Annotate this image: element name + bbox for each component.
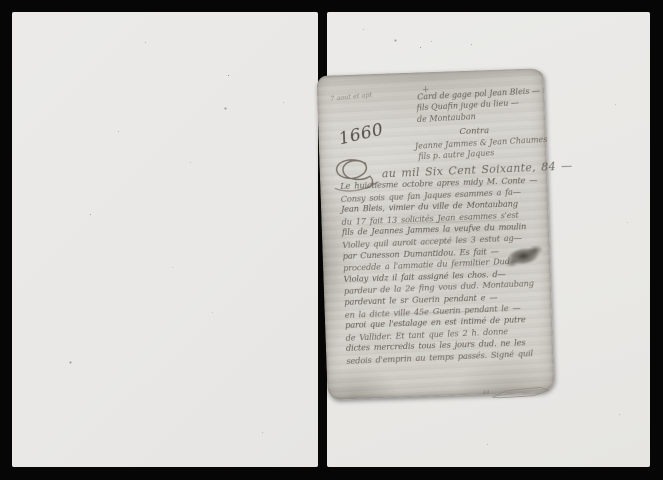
manuscript-parchment: 7 aout et apt 1660 + Card de gage pol Je…	[316, 68, 554, 400]
registry-header-line: de Montauban	[417, 112, 476, 124]
left-blank-page	[12, 12, 318, 467]
dust-specks	[327, 12, 328, 13]
versus-label: Contra	[459, 126, 489, 137]
margin-annotation: 7 aout et apt	[330, 91, 373, 103]
year-label: 1660	[337, 120, 386, 150]
microfilm-scan-frame: 7 aout et apt 1660 + Card de gage pol Je…	[0, 0, 663, 480]
dust-specks	[12, 12, 13, 13]
parties-line: fils p. autre Jaques	[418, 148, 494, 161]
pencil-sketch-icon	[490, 385, 552, 401]
page-mark: 44	[482, 390, 489, 396]
